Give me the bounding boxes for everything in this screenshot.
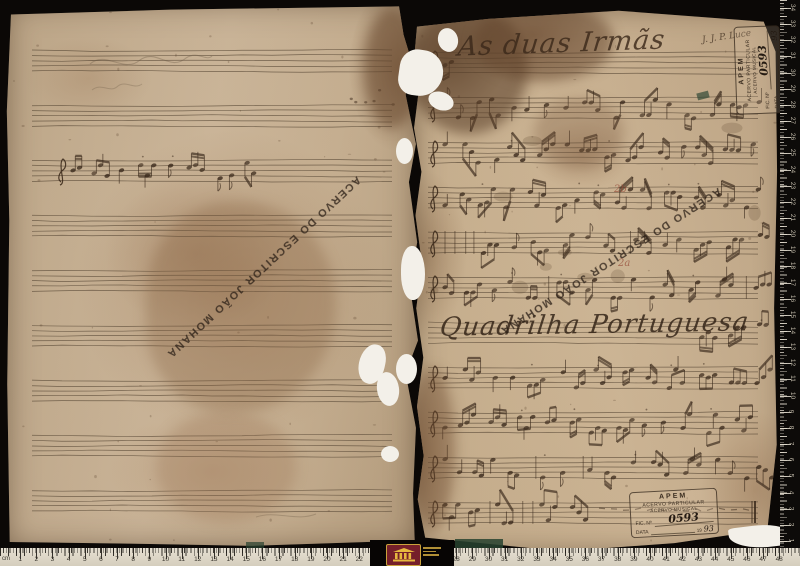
ruler-number: 42 — [679, 556, 686, 563]
ruler-number: 11 — [789, 376, 796, 383]
ruler-number: 27 — [789, 117, 796, 124]
logo-caption-lines — [423, 547, 443, 558]
ruler-number: 17 — [789, 278, 796, 285]
ruler-number: 15 — [243, 556, 250, 563]
ruler-number: 29 — [789, 85, 796, 92]
ruler-number: 9 — [787, 409, 794, 413]
ruler-number: 14 — [789, 327, 796, 334]
ruler-number: 4 — [787, 490, 794, 494]
ruler-number: 2 — [787, 522, 794, 526]
torn-patch — [381, 446, 399, 462]
ruler-number: 34 — [549, 556, 556, 563]
ruler-number: 4 — [67, 556, 71, 563]
ruler-number: 35 — [566, 556, 573, 563]
ruler-number: 6 — [99, 556, 103, 563]
ruler-number: 22 — [356, 556, 363, 563]
stamp-fic-label: FIC. Nº — [765, 92, 772, 108]
ruler-unit-label: cm — [2, 556, 10, 562]
ruler-number: 8 — [787, 426, 794, 430]
stamp-fic-label: FIC. Nº — [635, 520, 652, 527]
ruler-number: 19 — [307, 556, 314, 563]
ruler-number: 31 — [501, 556, 508, 563]
ruler-number: 7 — [787, 442, 794, 446]
annotation-2b: 2b — [614, 184, 627, 195]
ruler-number: 36 — [582, 556, 589, 563]
ruler-number: 30 — [789, 68, 796, 75]
torn-patch — [401, 246, 425, 300]
stamp-date-year: 93 — [704, 525, 715, 533]
ruler-number: 20 — [323, 556, 330, 563]
ruler-number: 37 — [598, 556, 605, 563]
ruler-number: 16 — [789, 295, 796, 302]
ruler-number: 5 — [787, 474, 794, 478]
ruler-number: 47 — [759, 556, 766, 563]
ruler-number: 43 — [695, 556, 702, 563]
ruler-number: 28 — [789, 101, 796, 108]
ruler-number: 31 — [789, 52, 796, 59]
ruler-number: 1 — [787, 539, 794, 543]
ruler-number: 3 — [787, 506, 794, 510]
ruler-number: 32 — [517, 556, 524, 563]
ruler-number: 40 — [646, 556, 653, 563]
section-title: Quadrilha Portuguesa — [438, 307, 751, 342]
ruler-number: 38 — [614, 556, 621, 563]
ruler-number: 21 — [789, 214, 796, 221]
ruler-number: 2 — [34, 556, 38, 563]
ruler-number: 22 — [789, 198, 796, 205]
ruler-number: 48 — [776, 556, 783, 563]
ruler-number: 5 — [83, 556, 87, 563]
apem-catalog-stamp-top: APEM ACERVO PARTICULAR ACERVO MUSICAL FI… — [733, 25, 782, 115]
stamp-date-label: DATA — [636, 529, 649, 536]
ruler-number: 30 — [485, 556, 492, 563]
ruler-number: 16 — [259, 556, 266, 563]
ruler-number: 8 — [131, 556, 135, 563]
building-icon — [392, 548, 416, 562]
ruler-number: 3 — [51, 556, 55, 563]
ruler-number: 32 — [789, 36, 796, 43]
torn-patch — [396, 354, 417, 384]
ruler-number: 41 — [663, 556, 670, 563]
ruler-number: 1 — [18, 556, 22, 563]
ruler-number: 25 — [789, 149, 796, 156]
ruler-number: 12 — [789, 359, 796, 366]
ruler-number: 29 — [469, 556, 476, 563]
ruler-number: 26 — [789, 133, 796, 140]
ruler-number: 10 — [789, 391, 796, 398]
ruler-number: 19 — [789, 246, 796, 253]
apem-catalog-stamp: APEM ACERVO PARTICULAR ACERVO MUSICAL FI… — [629, 488, 719, 539]
ruler-number: 33 — [789, 20, 796, 27]
ruler-number: 7 — [115, 556, 119, 563]
ruler-number: 21 — [340, 556, 347, 563]
manuscript-scan: ACERVO DO ESCRITOR JOÃO MOHANA As duas I… — [0, 0, 800, 566]
green-backing-strip — [455, 539, 503, 548]
right-ruler: 1234567891011121314151617181920212223242… — [780, 0, 800, 548]
ruler-number: 17 — [275, 556, 282, 563]
ruler-number: 46 — [743, 556, 750, 563]
right-page: As duas Irmãs J. J. P. Luce Quadrilha Po… — [414, 8, 786, 554]
ruler-number: 6 — [787, 458, 794, 462]
ruler-number: 24 — [789, 165, 796, 172]
ruler-number: 15 — [789, 311, 796, 318]
stamp-date-line — [772, 49, 780, 93]
ruler-number: 11 — [178, 556, 185, 563]
ruler-number: 44 — [711, 556, 718, 563]
stamp-date-year: 93 — [771, 30, 778, 40]
stamp-date-century: 19 — [697, 528, 702, 533]
stamp-date-line — [650, 527, 694, 535]
ruler-number: 14 — [226, 556, 233, 563]
ruler-number: 33 — [533, 556, 540, 563]
ruler-number: 20 — [789, 230, 796, 237]
ruler-ticks — [780, 0, 800, 548]
ruler-number: 39 — [630, 556, 637, 563]
left-page: ACERVO DO ESCRITOR JOÃO MOHANA — [6, 2, 418, 548]
stain — [410, 368, 456, 528]
ruler-number: 45 — [727, 556, 734, 563]
ruler-number: 23 — [789, 182, 796, 189]
ruler-number: 9 — [148, 556, 152, 563]
torn-patch — [396, 138, 413, 164]
ruler-number: 13 — [210, 556, 217, 563]
ruler-number: 13 — [789, 343, 796, 350]
ruler-number: 12 — [194, 556, 201, 563]
ruler-number: 34 — [789, 4, 796, 11]
ruler-number: 18 — [789, 262, 796, 269]
institution-logo-icon — [386, 544, 421, 566]
stain — [534, 98, 624, 168]
ruler-number: 10 — [162, 556, 169, 563]
stamp-date-century: 19 — [773, 42, 778, 47]
stain — [156, 412, 296, 522]
ruler-number: 18 — [291, 556, 298, 563]
